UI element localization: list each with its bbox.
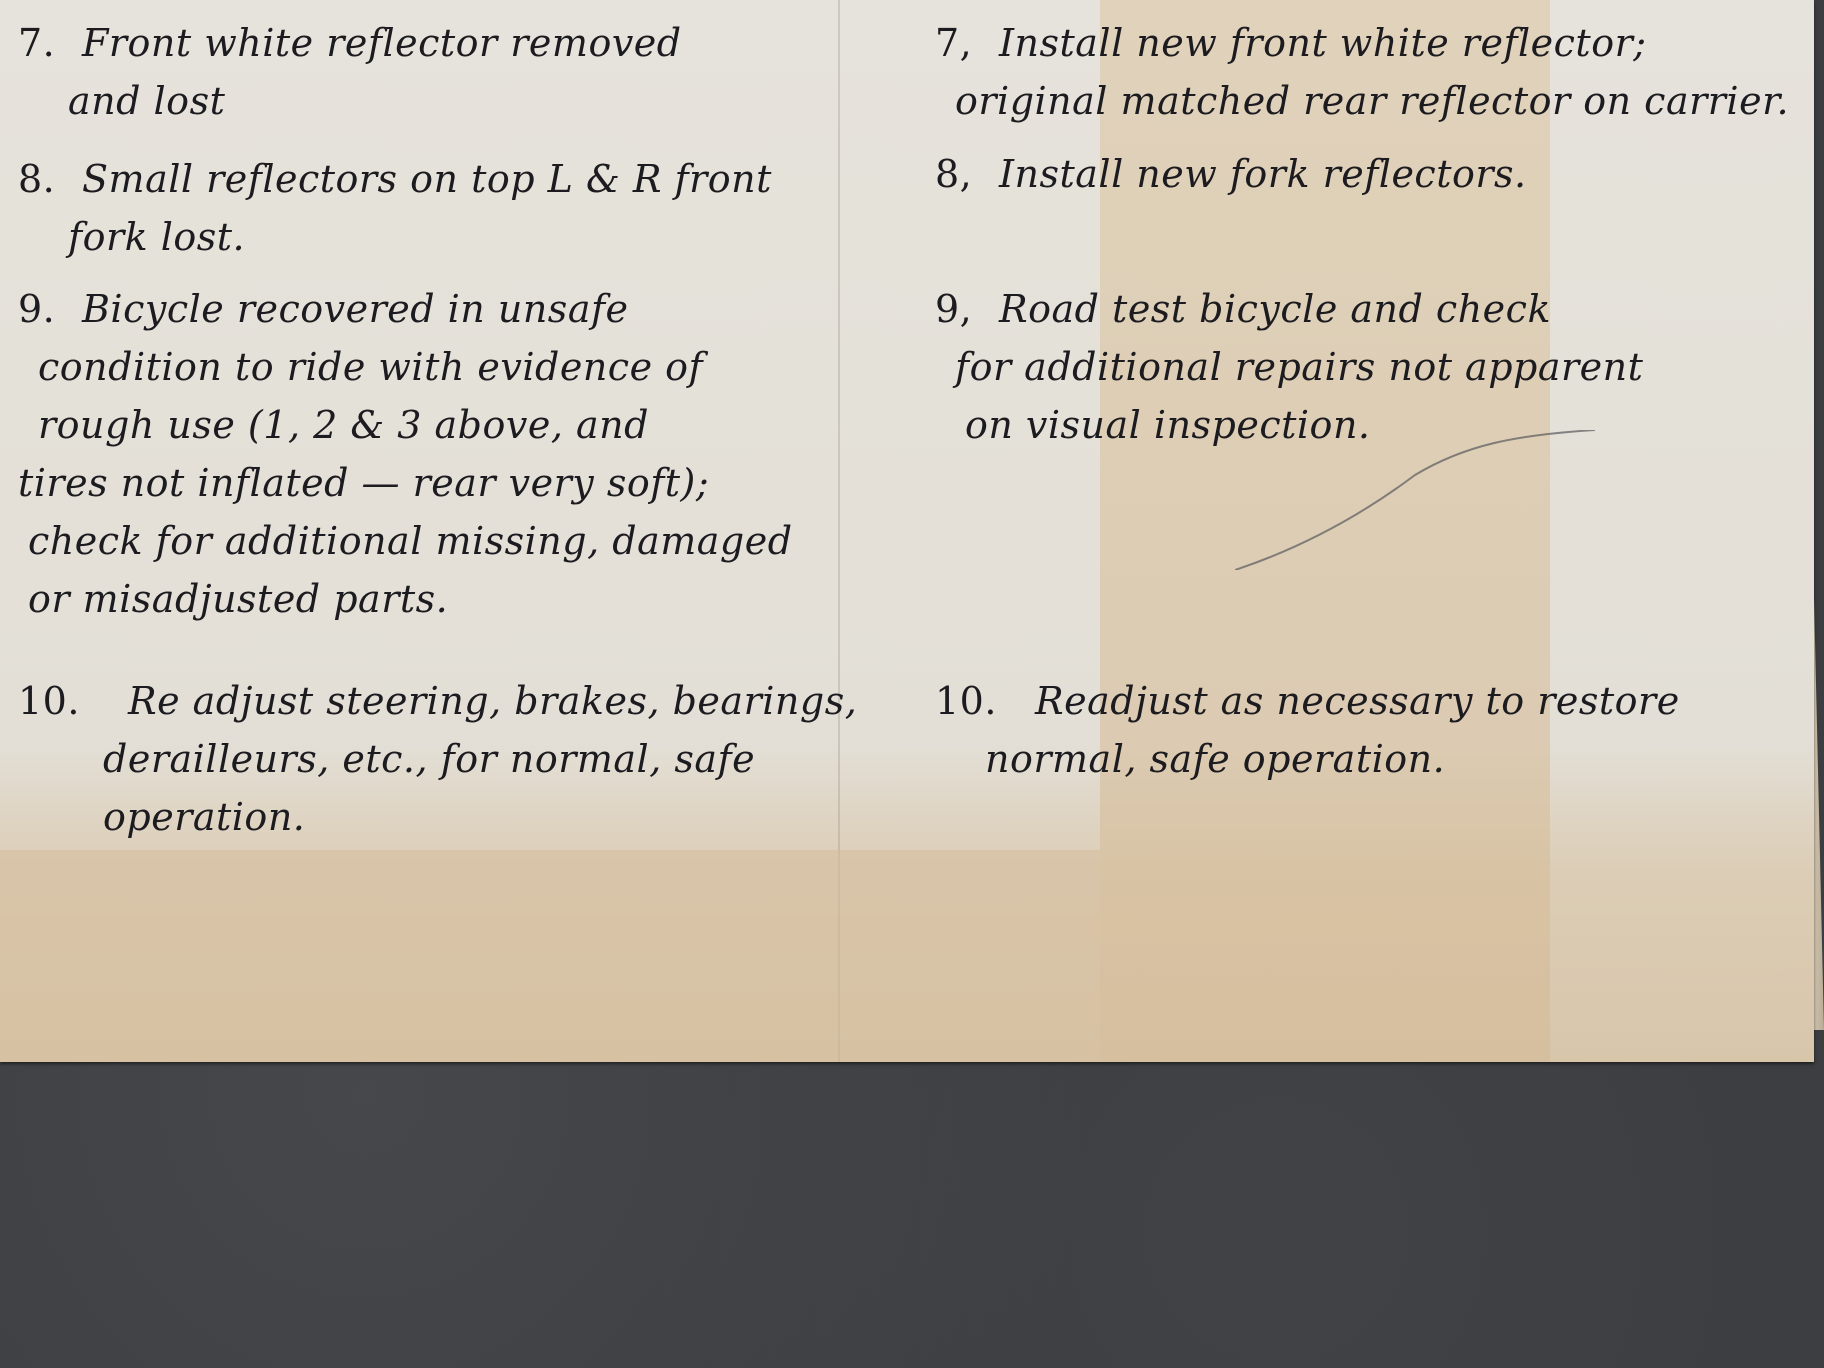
item-number: 9. (18, 280, 82, 338)
left-item-10: 10.Re adjust steering, brakes, bearings,… (18, 672, 878, 846)
item-line: Front white reflector removed (82, 21, 682, 65)
item-number: 8. (18, 150, 82, 208)
right-item-9: 9,Road test bicycle and check for additi… (935, 280, 1785, 454)
item-line: rough use (1, 2 & 3 above, and (18, 396, 878, 454)
item-line: Install new front white reflector; (999, 21, 1647, 65)
item-line: Install new fork reflectors. (999, 152, 1527, 196)
item-number: 10. (18, 672, 128, 730)
item-number: 7. (18, 14, 82, 72)
item-line: tires not inflated — rear very soft); (18, 454, 878, 512)
right-item-7: 7,Install new front white reflector; ori… (935, 14, 1785, 130)
item-line: derailleurs, etc., for normal, safe (18, 730, 878, 788)
item-line: operation. (18, 788, 878, 846)
item-number: 7, (935, 14, 999, 72)
item-line: Road test bicycle and check (999, 287, 1551, 331)
left-item-8: 8.Small reflectors on top L & R front fo… (18, 150, 878, 266)
left-item-7: 7.Front white reflector removed and lost (18, 14, 878, 130)
right-item-8: 8,Install new fork reflectors. (935, 145, 1785, 203)
item-number: 8, (935, 145, 999, 203)
right-item-10: 10.Readjust as necessary to restore norm… (935, 672, 1785, 788)
item-line: check for additional missing, damaged (18, 512, 878, 570)
item-number: 10. (935, 672, 1035, 730)
item-line: and lost (18, 72, 878, 130)
pencil-stroke-mark (1235, 430, 1595, 570)
left-item-9: 9.Bicycle recovered in unsafe condition … (18, 280, 878, 628)
item-line: Re adjust steering, brakes, bearings, (128, 679, 857, 723)
item-line: for additional repairs not apparent (935, 338, 1785, 396)
item-line: Small reflectors on top L & R front (82, 157, 772, 201)
item-line: Bicycle recovered in unsafe (82, 287, 629, 331)
item-line: original matched rear reflector on carri… (935, 72, 1785, 130)
item-line: Readjust as necessary to restore (1035, 679, 1680, 723)
item-number: 9, (935, 280, 999, 338)
item-line: normal, safe operation. (935, 730, 1785, 788)
item-line: condition to ride with evidence of (18, 338, 878, 396)
item-line: or misadjusted parts. (18, 570, 878, 628)
item-line: fork lost. (18, 208, 878, 266)
